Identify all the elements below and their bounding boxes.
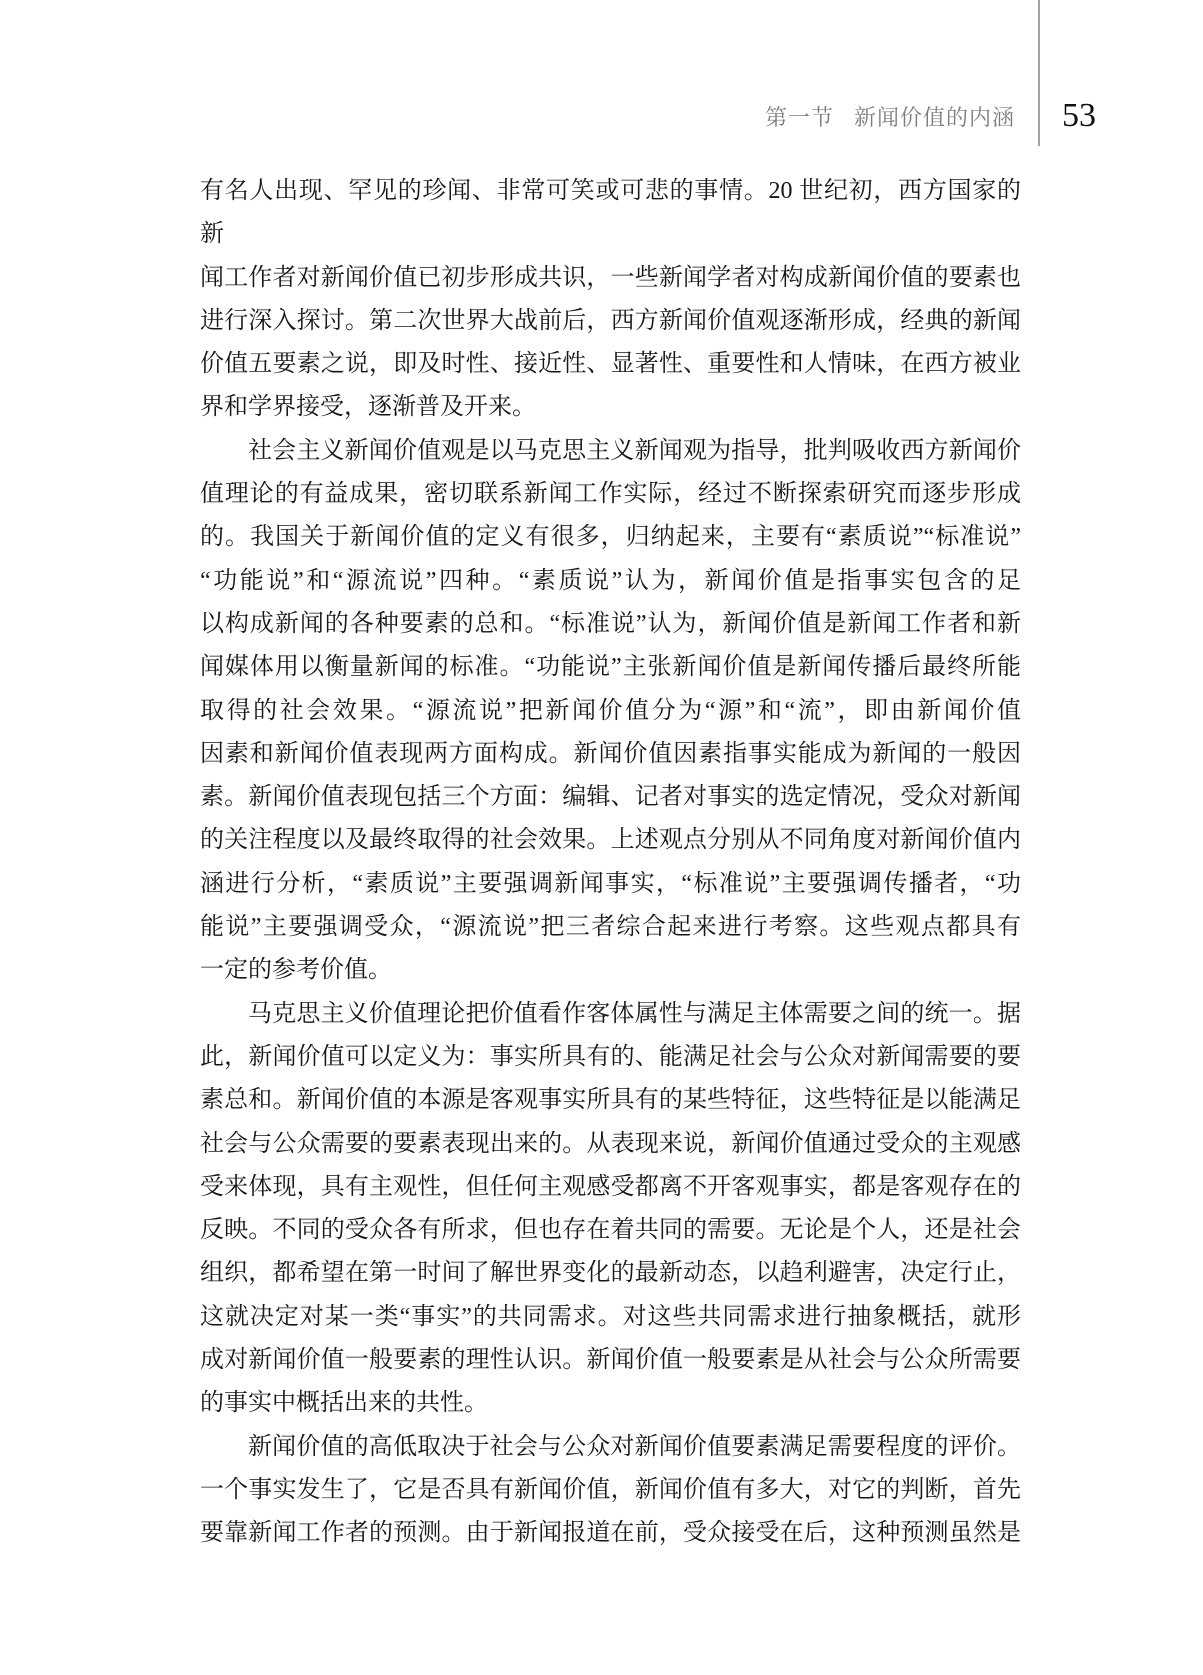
text-line: 成对新闻价值一般要素的理性认识。新闻价值一般要素是从社会与公众所需要	[200, 1339, 1021, 1382]
text-line: 有名人出现、罕见的珍闻、非常可笑或可悲的事情。20 世纪初，西方国家的新	[200, 170, 1021, 257]
paragraph: 社会主义新闻价值观是以马克思主义新闻观为指导，批判吸收西方新闻价值理论的有益成果…	[200, 430, 1021, 993]
text-line: 社会与公众需要的要素表现出来的。从表现来说，新闻价值通过受众的主观感	[200, 1123, 1021, 1166]
header-vertical-rule	[1038, 0, 1040, 146]
body-text-block: 有名人出现、罕见的珍闻、非常可笑或可悲的事情。20 世纪初，西方国家的新闻工作者…	[200, 170, 1021, 1556]
text-line: 一个事实发生了，它是否具有新闻价值，新闻价值有多大，对它的判断，首先	[200, 1469, 1021, 1512]
text-line: 闻工作者对新闻价值已初步形成共识，一些新闻学者对构成新闻价值的要素也	[200, 257, 1021, 300]
text-line: 这就决定对某一类“事实”的共同需求。对这些共同需求进行抽象概括，就形	[200, 1296, 1021, 1339]
paragraph: 马克思主义价值理论把价值看作客体属性与满足主体需要之间的统一。据此，新闻价值可以…	[200, 993, 1021, 1426]
text-line: 要靠新闻工作者的预测。由于新闻报道在前，受众接受在后，这种预测虽然是	[200, 1512, 1021, 1555]
text-line: 进行深入探讨。第二次世界大战前后，西方新闻价值观逐渐形成，经典的新闻	[200, 300, 1021, 343]
text-line: 涵进行分析，“素质说”主要强调新闻事实，“标准说”主要强调传播者，“功	[200, 863, 1021, 906]
text-line: 能说”主要强调受众，“源流说”把三者综合起来进行考察。这些观点都具有	[200, 906, 1021, 949]
text-line: 的。我国关于新闻价值的定义有很多，归纳起来，主要有“素质说”“标准说”	[200, 516, 1021, 559]
text-line: 反映。不同的受众各有所求，但也存在着共同的需要。无论是个人，还是社会	[200, 1209, 1021, 1252]
text-line: 素总和。新闻价值的本源是客观事实所具有的某些特征，这些特征是以能满足	[200, 1079, 1021, 1122]
text-line: 因素和新闻价值表现两方面构成。新闻价值因素指事实能成为新闻的一般因	[200, 733, 1021, 776]
text-line: 闻媒体用以衡量新闻的标准。“功能说”主张新闻价值是新闻传播后最终所能	[200, 646, 1021, 689]
text-line: 以构成新闻的各种要素的总和。“标准说”认为，新闻价值是新闻工作者和新	[200, 603, 1021, 646]
text-line: 的关注程度以及最终取得的社会效果。上述观点分别从不同角度对新闻价值内	[200, 819, 1021, 862]
paragraph: 新闻价值的高低取决于社会与公众对新闻价值要素满足需要程度的评价。一个事实发生了，…	[200, 1426, 1021, 1556]
text-line: 此，新闻价值可以定义为：事实所具有的、能满足社会与公众对新闻需要的要	[200, 1036, 1021, 1079]
text-line: 界和学界接受，逐渐普及开来。	[200, 386, 1021, 429]
text-line: 一定的参考价值。	[200, 949, 1021, 992]
paragraph: 有名人出现、罕见的珍闻、非常可笑或可悲的事情。20 世纪初，西方国家的新闻工作者…	[200, 170, 1021, 430]
text-line: 的事实中概括出来的共性。	[200, 1382, 1021, 1425]
text-line: 马克思主义价值理论把价值看作客体属性与满足主体需要之间的统一。据	[200, 993, 1021, 1036]
book-page: 第一节新闻价值的内涵 53 有名人出现、罕见的珍闻、非常可笑或可悲的事情。20 …	[0, 0, 1203, 1675]
text-line: 新闻价值的高低取决于社会与公众对新闻价值要素满足需要程度的评价。	[200, 1426, 1021, 1469]
text-line: 组织，都希望在第一时间了解世界变化的最新动态，以趋利避害，决定行止，	[200, 1252, 1021, 1295]
text-line: 值理论的有益成果，密切联系新闻工作实际，经过不断探索研究而逐步形成	[200, 473, 1021, 516]
running-header-section-title: 新闻价值的内涵	[854, 105, 1015, 130]
page-number: 53	[1062, 96, 1096, 136]
running-header: 第一节新闻价值的内涵	[765, 104, 1015, 132]
text-line: 价值五要素之说，即及时性、接近性、显著性、重要性和人情味，在西方被业	[200, 343, 1021, 386]
running-header-section-label: 第一节	[765, 105, 834, 130]
text-line: 素。新闻价值表现包括三个方面：编辑、记者对事实的选定情况，受众对新闻	[200, 776, 1021, 819]
text-line: 取得的社会效果。“源流说”把新闻价值分为“源”和“流”，即由新闻价值	[200, 690, 1021, 733]
text-line: “功能说”和“源流说”四种。“素质说”认为，新闻价值是指事实包含的足	[200, 560, 1021, 603]
text-line: 受来体现，具有主观性，但任何主观感受都离不开客观事实，都是客观存在的	[200, 1166, 1021, 1209]
text-line: 社会主义新闻价值观是以马克思主义新闻观为指导，批判吸收西方新闻价	[200, 430, 1021, 473]
